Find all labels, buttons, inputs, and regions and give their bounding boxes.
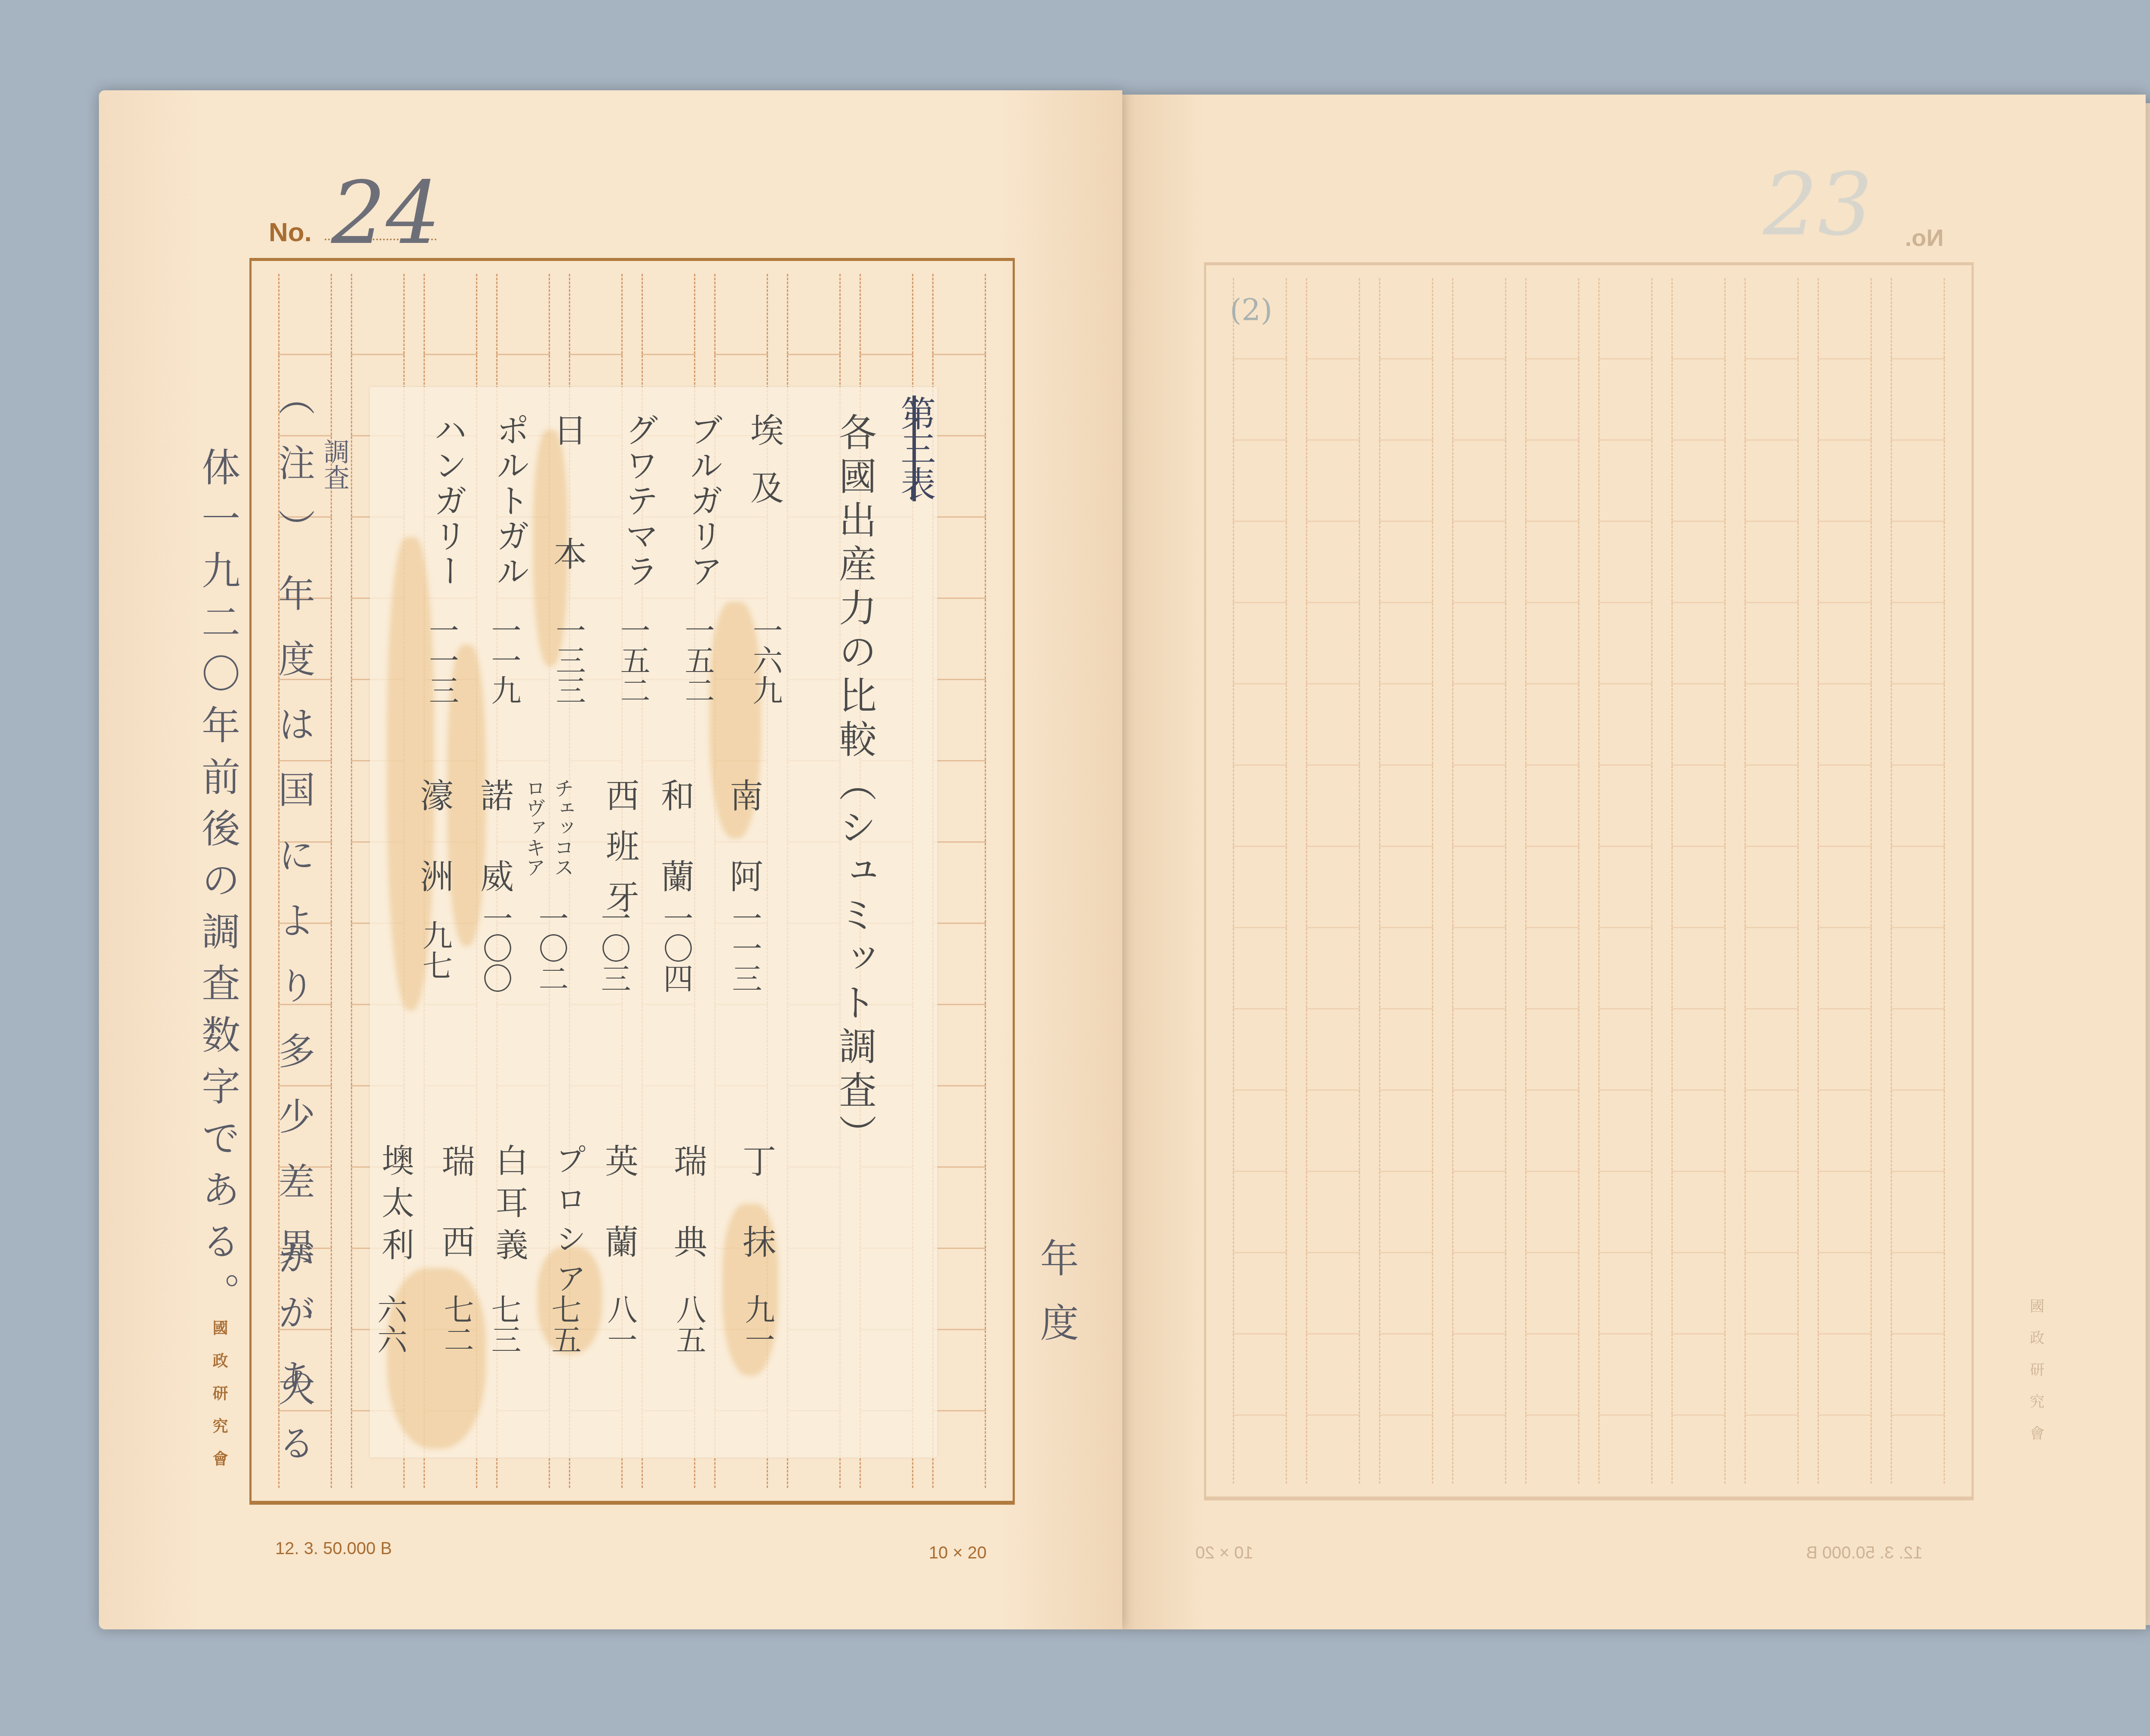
- country-name: 瑞西: [439, 1144, 472, 1305]
- margin-note: 体一九二〇年前後の調査数字である。: [189, 447, 245, 1324]
- grid-column: [1233, 278, 1287, 1484]
- grid-column: [1306, 278, 1360, 1484]
- fertility-value: 一〇二: [533, 903, 569, 993]
- fertility-value: 九一: [740, 1294, 776, 1354]
- table-label-struck: 第三表: [890, 396, 940, 501]
- right-page-number-handwritten: 23: [1763, 155, 1873, 255]
- right-publisher-name: 國政研究會: [2025, 1298, 2046, 1457]
- print-code: 12. 3. 50.000 B: [275, 1539, 392, 1558]
- fertility-value: 一六九: [747, 615, 783, 705]
- fertility-value: 七三: [486, 1294, 522, 1354]
- fertility-value: 一五二: [679, 615, 716, 705]
- fertility-value: 六六: [372, 1294, 408, 1354]
- right-print-code: 12. 3. 50.000 B: [1806, 1543, 1923, 1563]
- fertility-value: 一〇〇: [477, 903, 513, 993]
- fertility-value: 一〇三: [596, 903, 632, 993]
- page-number-handwritten: 24: [331, 163, 441, 264]
- country-name: ポルトガル: [486, 413, 534, 589]
- grid-column: [1818, 278, 1872, 1484]
- right-manuscript-grid: [1204, 262, 1974, 1500]
- fertility-value: 一三三: [550, 615, 587, 705]
- country-name: プロシア: [546, 1144, 591, 1302]
- grid-size-label: 10 × 20: [929, 1543, 987, 1563]
- country-name: 埃及: [747, 413, 781, 528]
- right-page-number-label: No.: [1905, 224, 1944, 252]
- page-number-label: No.: [269, 217, 312, 248]
- grid-column: [1891, 278, 1945, 1484]
- grid-column: [1452, 278, 1506, 1484]
- fertility-value: 八五: [671, 1294, 707, 1354]
- fertility-value: 一五二: [615, 615, 651, 705]
- country-name: 瑞典: [671, 1144, 704, 1305]
- country-name: 英蘭: [602, 1144, 636, 1305]
- country-name: 白耳義: [486, 1144, 533, 1270]
- handwritten-insert: 調査: [316, 439, 353, 490]
- country-name: 丁抹: [740, 1144, 773, 1305]
- grid-column: [1598, 278, 1652, 1484]
- grid-column: [1379, 278, 1433, 1484]
- grid-column: [1525, 278, 1579, 1484]
- table-title: 各國出産力の比較（シュミット調査）: [828, 413, 882, 1158]
- grid-column: [1671, 278, 1726, 1484]
- publisher-name: 國政研究會: [209, 1320, 230, 1483]
- gutter-note: 年度: [1028, 1238, 1084, 1367]
- country-name: ブルガリア: [679, 413, 728, 589]
- handwritten-note-continuation: が、大: [267, 1238, 320, 1434]
- grid-column: [1745, 278, 1799, 1484]
- country-name: 濠洲: [417, 778, 451, 940]
- country-name: チェッコスロヴァキア: [520, 778, 577, 890]
- country-name: グワテマラ: [615, 413, 663, 589]
- fertility-value: 八一: [602, 1294, 638, 1354]
- right-grid-size-label: 10 × 20: [1195, 1543, 1253, 1563]
- fertility-value: 九七: [417, 920, 453, 980]
- fertility-value: 一一三: [424, 615, 460, 705]
- fertility-value: 七五: [546, 1294, 582, 1354]
- fertility-value: 一〇四: [658, 903, 694, 993]
- country-name: 墺太利: [372, 1144, 419, 1270]
- country-name: ハンガリー: [424, 413, 472, 589]
- page-stack-edge: [2146, 103, 2150, 1625]
- fertility-value: 七二: [439, 1294, 475, 1354]
- bleedthrough-marker: (2): [1230, 292, 1272, 328]
- fertility-value: 一一三: [727, 903, 763, 993]
- fertility-value: 一一九: [486, 615, 522, 705]
